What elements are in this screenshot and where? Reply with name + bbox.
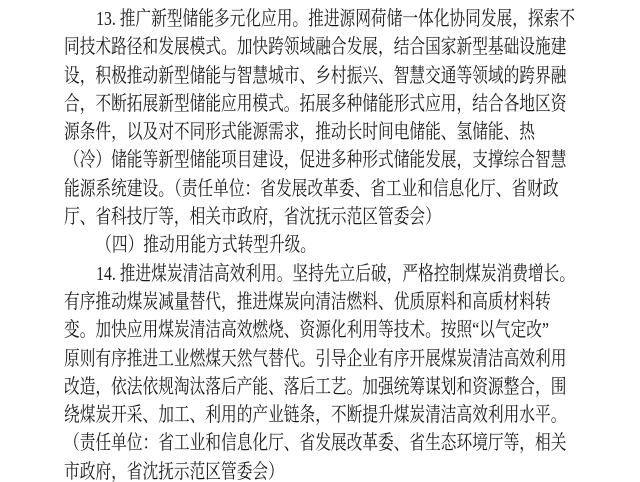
text-line: 有序推动煤炭减量替代，推进煤炭向清洁燃料、优质原料和高质材料转 (64, 288, 485, 316)
text-line: （责任单位：省工业和信息化厅、省发展改革委、省生态环境厅等，相关 (64, 429, 485, 457)
text-line: 同技术路径和发展模式。加快跨领域融合发展，结合国家新型基础设施建 (64, 33, 485, 61)
text-line: 厅、省科技厅等，相关市政府，省沈抚示范区管委会） (64, 203, 485, 231)
section-heading-line: （四）推动用能方式转型升级。 (64, 231, 485, 259)
text-line: 合，不断拓展新型储能应用模式。拓展多种储能形式应用，结合各地区资 (64, 90, 485, 118)
text-line: 绕煤炭开采、加工、利用的产业链条，不断提升煤炭清洁高效利用水平。 (64, 401, 485, 429)
text-line: 能源系统建设。（责任单位：省发展改革委、省工业和信息化厅、省财政 (64, 175, 485, 203)
text-line: 市政府，省沈抚示范区管委会） (64, 458, 485, 482)
text-line: （冷）储能等新型储能项目建设，促进多种形式储能发展，支撑综合智慧 (64, 146, 485, 174)
document-page: 13. 推广新型储能多元化应用。推进源网荷储一体化协同发展，探索不 同技术路径和… (0, 0, 640, 482)
text-line: 原则有序推进工业燃煤天然气替代。引导企业有序开展煤炭清洁高效利用 (64, 345, 485, 373)
text-line: 设，积极推动新型储能与智慧城市、乡村振兴、智慧交通等领域的跨界融 (64, 62, 485, 90)
text-line: 源条件，以及对不同形式能源需求，推动长时间电储能、氢储能、热 (64, 118, 485, 146)
text-line: 13. 推广新型储能多元化应用。推进源网荷储一体化协同发展，探索不 (64, 5, 485, 33)
text-line: 14. 推进煤炭清洁高效利用。坚持先立后破，严格控制煤炭消费增长。 (64, 260, 485, 288)
text-line: 变。加快应用煤炭清洁高效燃烧、资源化利用等技术。按照“以气定改” (64, 316, 485, 344)
text-line: 改造，依法依规淘汰落后产能、落后工艺。加强统筹谋划和资源整合，围 (64, 373, 485, 401)
